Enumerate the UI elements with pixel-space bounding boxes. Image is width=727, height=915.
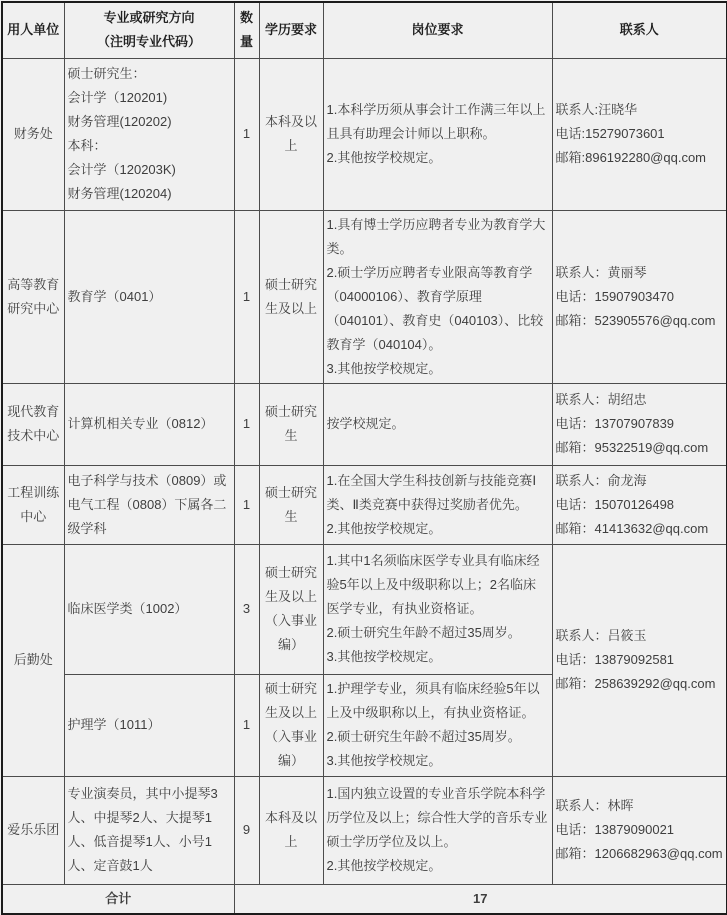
table-row: 后勤处 临床医学类（1002） 3 硕士研究生及以上 （入事业编） 1.其中1名… <box>2 544 727 674</box>
row-education: 本科及以上 <box>259 58 323 210</box>
row-count: 1 <box>234 210 259 383</box>
row-unit: 高等教育研究中心 <box>2 210 64 383</box>
row-major: 护理学（1011） <box>64 674 234 776</box>
row-requirements: 1.在全国大学生科技创新与技能竞赛Ⅰ类、Ⅱ类竞赛中获得过奖励者优先。 2.其他按… <box>323 465 552 544</box>
row-major: 教育学（0401） <box>64 210 234 383</box>
table-row: 财务处 硕士研究生： 会计学（120201) 财务管理(120202) 本科： … <box>2 58 727 210</box>
row-requirements: 1.本科学历须从事会计工作满三年以上且具有助理会计师以上职称。 2.其他按学校规… <box>323 58 552 210</box>
row-requirements: 1.国内独立设置的专业音乐学院本科学历学位及以上；综合性大学的音乐专业硕士学历学… <box>323 776 552 884</box>
row-requirements: 1.具有博士学历应聘者专业为教育学大类。 2.硕士学历应聘者专业限高等教育学（0… <box>323 210 552 383</box>
total-value: 17 <box>234 884 727 914</box>
row-education: 硕士研究生 <box>259 465 323 544</box>
recruitment-table: 用人单位 专业或研究方向 （注明专业代码） 数量 学历要求 岗位要求 联系人 财… <box>1 1 727 915</box>
row-major: 专业演奏员，其中小提琴3人、中提琴2人、大提琴1人、低音提琴1人、小号1人、定音… <box>64 776 234 884</box>
row-contact: 联系人：胡绍忠 电话：13707907839 邮箱：95322519@qq.co… <box>552 383 727 465</box>
row-unit: 爱乐乐团 <box>2 776 64 884</box>
row-unit: 工程训练中心 <box>2 465 64 544</box>
row-unit: 财务处 <box>2 58 64 210</box>
header-contact: 联系人 <box>552 2 727 58</box>
total-label: 合计 <box>2 884 234 914</box>
row-requirements: 1.其中1名须临床医学专业具有临床经验5年以上及中级职称以上；2名临床医学专业，… <box>323 544 552 674</box>
row-count: 3 <box>234 544 259 674</box>
table-footer-row: 合计 17 <box>2 884 727 914</box>
row-contact: 联系人：吕筱玉 电话：13879092581 邮箱：258639292@qq.c… <box>552 544 727 776</box>
row-major: 临床医学类（1002） <box>64 544 234 674</box>
recruitment-table-page: 用人单位 专业或研究方向 （注明专业代码） 数量 学历要求 岗位要求 联系人 财… <box>0 0 727 902</box>
header-unit: 用人单位 <box>2 2 64 58</box>
row-major: 计算机相关专业（0812） <box>64 383 234 465</box>
row-count: 1 <box>234 465 259 544</box>
row-unit: 后勤处 <box>2 544 64 776</box>
row-education: 硕士研究生及以上 （入事业编） <box>259 674 323 776</box>
row-education: 硕士研究生及以上 <box>259 210 323 383</box>
row-contact: 联系人:汪晓华 电话:15279073601 邮箱:896192280@qq.c… <box>552 58 727 210</box>
row-count: 1 <box>234 674 259 776</box>
row-education: 硕士研究生 <box>259 383 323 465</box>
row-major: 硕士研究生： 会计学（120201) 财务管理(120202) 本科： 会计学（… <box>64 58 234 210</box>
table-row: 爱乐乐团 专业演奏员，其中小提琴3人、中提琴2人、大提琴1人、低音提琴1人、小号… <box>2 776 727 884</box>
row-contact: 联系人：黄丽琴 电话：15907903470 邮箱：523905576@qq.c… <box>552 210 727 383</box>
row-contact: 联系人：林晖 电话：13879090021 邮箱：1206682963@qq.c… <box>552 776 727 884</box>
row-count: 9 <box>234 776 259 884</box>
row-count: 1 <box>234 58 259 210</box>
table-row: 工程训练中心 电子科学与技术（0809）或电气工程（0808）下属各二级学科 1… <box>2 465 727 544</box>
row-count: 1 <box>234 383 259 465</box>
header-major: 专业或研究方向 （注明专业代码） <box>64 2 234 58</box>
header-count: 数量 <box>234 2 259 58</box>
table-row: 高等教育研究中心 教育学（0401） 1 硕士研究生及以上 1.具有博士学历应聘… <box>2 210 727 383</box>
header-education: 学历要求 <box>259 2 323 58</box>
row-major: 电子科学与技术（0809）或电气工程（0808）下属各二级学科 <box>64 465 234 544</box>
row-requirements: 按学校规定。 <box>323 383 552 465</box>
row-requirements: 1.护理学专业，须具有临床经验5年以上及中级职称以上，有执业资格证。 2.硕士研… <box>323 674 552 776</box>
table-row: 现代教育技术中心 计算机相关专业（0812） 1 硕士研究生 按学校规定。 联系… <box>2 383 727 465</box>
row-contact: 联系人：俞龙海 电话：15070126498 邮箱：41413632@qq.co… <box>552 465 727 544</box>
row-education: 本科及以上 <box>259 776 323 884</box>
header-requirements: 岗位要求 <box>323 2 552 58</box>
row-education: 硕士研究生及以上 （入事业编） <box>259 544 323 674</box>
table-header-row: 用人单位 专业或研究方向 （注明专业代码） 数量 学历要求 岗位要求 联系人 <box>2 2 727 58</box>
row-unit: 现代教育技术中心 <box>2 383 64 465</box>
